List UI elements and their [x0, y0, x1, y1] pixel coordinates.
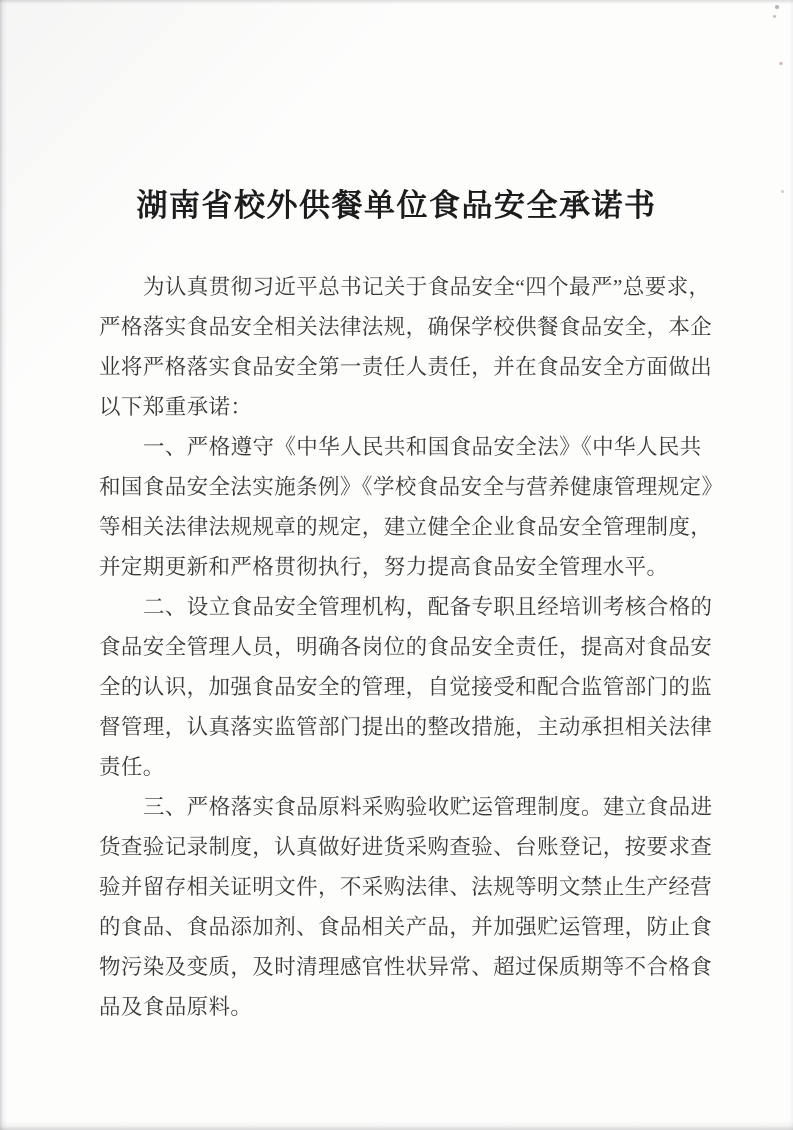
document-line: 的食品、食品添加剂、食品相关产品，并加强贮运管理，防止食: [99, 907, 719, 947]
document-line: 为认真贯彻习近平总书记关于食品安全“四个最严”总要求，: [99, 267, 719, 307]
document-line: 物污染及变质，及时清理感官性状异常、超过保质期等不合格食: [99, 947, 719, 987]
document-line: 等相关法律法规规章的规定，建立健全企业食品安全管理制度，: [99, 507, 719, 547]
scanned-document-page: 湖南省校外供餐单位食品安全承诺书 为认真贯彻习近平总书记关于食品安全“四个最严”…: [0, 0, 793, 1130]
scan-speck: [779, 62, 783, 65]
scan-speck: [773, 15, 776, 18]
document-line: 以下郑重承诺：: [99, 387, 719, 427]
document-line: 二、设立食品安全管理机构，配备专职且经培训考核合格的: [99, 587, 719, 627]
document-line: 三、严格落实食品原料采购验收贮运管理制度。建立食品进: [99, 787, 719, 827]
document-line: 责任。: [99, 747, 719, 787]
document-line: 业将严格落实食品安全第一责任人责任，并在食品安全方面做出: [99, 347, 719, 387]
document-line: 货查验记录制度，认真做好进货采购查验、台账登记，按要求查: [99, 827, 719, 867]
document-line: 验并留存相关证明文件，不采购法律、法规等明文禁止生产经营: [99, 867, 719, 907]
document-title: 湖南省校外供餐单位食品安全承诺书: [0, 180, 793, 225]
document-line: 严格落实食品安全相关法律法规，确保学校供餐食品安全，本企: [99, 307, 719, 347]
document-line: 和国食品安全法实施条例》《学校食品安全与营养健康管理规定》: [99, 467, 719, 507]
document-line: 督管理，认真落实监管部门提出的整改措施，主动承担相关法律: [99, 707, 719, 747]
document-line: 品及食品原料。: [99, 987, 719, 1027]
scan-speck: [775, 5, 779, 9]
document-line: 一、严格遵守《中华人民共和国食品安全法》《中华人民共: [99, 427, 719, 467]
document-line: 食品安全管理人员，明确各岗位的食品安全责任，提高对食品安: [99, 627, 719, 667]
document-line: 并定期更新和严格贯彻执行，努力提高食品安全管理水平。: [99, 547, 719, 587]
document-body: 为认真贯彻习近平总书记关于食品安全“四个最严”总要求，严格落实食品安全相关法律法…: [99, 267, 719, 1027]
document-line: 全的认识，加强食品安全的管理，自觉接受和配合监管部门的监: [99, 667, 719, 707]
